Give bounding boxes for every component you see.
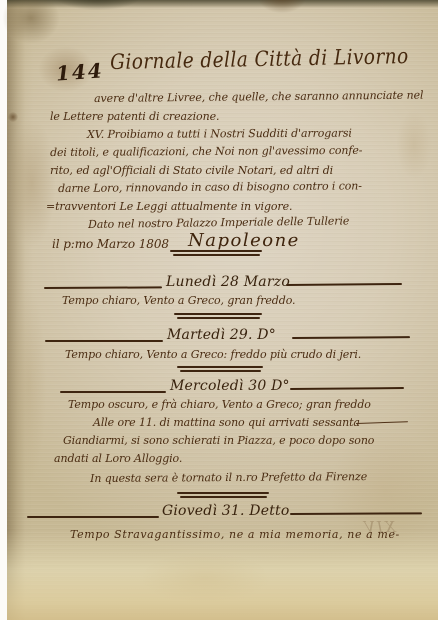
section-divider [177,366,263,372]
decree-line: =travventori Le Leggi attualmente in vig… [46,200,292,213]
day-header: Giovedì 31. Detto [162,503,289,519]
header-rule-left [45,340,163,342]
book-gutter-edge [7,0,33,620]
weather-line: Tempo Stravagantissimo, ne a mia memoria… [70,528,400,541]
journal-line: In questa sera è tornato il n.ro Prefett… [90,470,367,485]
bleedthrough-text: XIV [362,518,395,536]
section-divider [174,313,262,319]
journal-line: andati al Loro Alloggio. [54,452,182,465]
weather-line: Tempo chiaro, Vento a Greco: freddo più … [65,348,361,361]
page-top-edge [7,0,438,8]
journal-line: Alle ore 11. di mattina sono qui arrivat… [93,416,360,429]
page-number: 144 [55,58,104,85]
header-rule-left [27,516,159,518]
weather-line: Tempo oscuro, e frà chiaro, Vento a Grec… [68,398,371,411]
decree-date: il p:mo Marzo 1808 [52,237,169,251]
journal-line: Giandiarmi, si sono schierati in Piazza,… [63,434,374,447]
section-divider [170,250,262,256]
day-header: Mercoledì 30 D° [170,378,290,394]
decree-line: XV. Proibiamo a tutti i Nostri Sudditi d… [87,127,352,141]
decree-line: darne Loro, rinnovando in caso di bisogn… [58,179,362,195]
page-curl-highlight [7,530,438,620]
header-rule-left [60,391,166,393]
day-header: Lunedì 28 Marzo [166,274,290,290]
weather-line: Tempo chiaro, Vento a Greco, gran freddo… [62,294,295,307]
day-header: Martedì 29. D° [167,327,276,343]
section-divider [177,492,269,498]
decree-line: dei titoli, e qualificazioni, che Noi no… [50,144,362,159]
napoleone-signature: Napoleone [188,230,300,251]
manuscript-photo: 144 Giornale della Città di Livorno aver… [0,0,438,620]
decree-line: rito, ed agl'Officiali di Stato civile N… [50,164,333,177]
photo-margin [0,0,7,620]
decree-line: le Lettere patenti di creazione. [50,110,219,123]
